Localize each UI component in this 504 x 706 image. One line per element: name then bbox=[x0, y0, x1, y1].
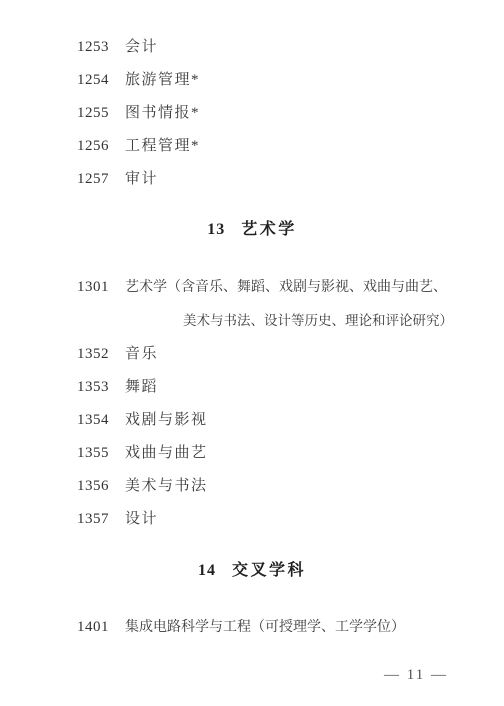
entry-1401: 1401 集成电路科学与工程（可授理学、工学学位） bbox=[0, 611, 504, 644]
discipline-code: 1256 bbox=[77, 130, 125, 163]
table-row: 1357 设计 bbox=[0, 503, 504, 536]
table-row: 1354 戏剧与影视 bbox=[0, 404, 504, 437]
discipline-code: 1257 bbox=[77, 163, 125, 196]
page-number: — 11 — bbox=[384, 667, 448, 684]
discipline-code: 1254 bbox=[77, 64, 125, 97]
section-13-title: 艺术学 bbox=[241, 221, 297, 238]
table-row: 1253 会计 bbox=[0, 31, 504, 64]
document-page: 1253 会计 1254 旅游管理* 1255 图书情报* 1256 工程管理*… bbox=[0, 0, 504, 706]
discipline-code: 1401 bbox=[77, 611, 125, 644]
section-14-heading: 14交叉学科 bbox=[0, 554, 504, 587]
section-14-number: 14 bbox=[198, 562, 216, 579]
discipline-label: 美术与书法 bbox=[125, 470, 208, 503]
table-row-continuation: 美术与书法、设计等历史、理论和评论研究） bbox=[0, 304, 504, 337]
section-13-number: 13 bbox=[207, 221, 225, 238]
discipline-label: 旅游管理* bbox=[125, 64, 200, 97]
discipline-list-135x: 1352 音乐 1353 舞蹈 1354 戏剧与影视 1355 戏曲与曲艺 13… bbox=[0, 338, 504, 536]
discipline-label: 图书情报* bbox=[125, 97, 200, 130]
table-row: 1255 图书情报* bbox=[0, 97, 504, 130]
table-row: 1256 工程管理* bbox=[0, 130, 504, 163]
discipline-code: 1357 bbox=[77, 503, 125, 536]
discipline-code: 1353 bbox=[77, 371, 125, 404]
discipline-label-line2: 美术与书法、设计等历史、理论和评论研究） bbox=[183, 304, 453, 337]
table-row: 1257 审计 bbox=[0, 163, 504, 196]
discipline-label-line1: 艺术学（含音乐、舞蹈、戏剧与影视、戏曲与曲艺、 bbox=[125, 271, 447, 304]
table-row: 1254 旅游管理* bbox=[0, 64, 504, 97]
section-14-title: 交叉学科 bbox=[232, 562, 306, 579]
discipline-code: 1354 bbox=[77, 404, 125, 437]
discipline-code: 1253 bbox=[77, 31, 125, 64]
discipline-label: 音乐 bbox=[125, 338, 158, 371]
discipline-code: 1352 bbox=[77, 338, 125, 371]
table-row: 1356 美术与书法 bbox=[0, 470, 504, 503]
discipline-label: 戏曲与曲艺 bbox=[125, 437, 208, 470]
discipline-label: 设计 bbox=[125, 503, 158, 536]
table-row: 1353 舞蹈 bbox=[0, 371, 504, 404]
table-row: 1352 音乐 bbox=[0, 338, 504, 371]
discipline-code: 1301 bbox=[77, 271, 125, 304]
discipline-label: 审计 bbox=[125, 163, 158, 196]
discipline-label: 戏剧与影视 bbox=[125, 404, 208, 437]
discipline-list-12xx: 1253 会计 1254 旅游管理* 1255 图书情报* 1256 工程管理*… bbox=[0, 31, 504, 196]
discipline-code-empty bbox=[77, 304, 125, 337]
table-row: 1401 集成电路科学与工程（可授理学、工学学位） bbox=[0, 611, 504, 644]
discipline-code: 1255 bbox=[77, 97, 125, 130]
discipline-code: 1355 bbox=[77, 437, 125, 470]
entry-1301: 1301 艺术学（含音乐、舞蹈、戏剧与影视、戏曲与曲艺、 美术与书法、设计等历史… bbox=[0, 271, 504, 337]
discipline-label: 会计 bbox=[125, 31, 158, 64]
discipline-code: 1356 bbox=[77, 470, 125, 503]
table-row: 1355 戏曲与曲艺 bbox=[0, 437, 504, 470]
discipline-label: 舞蹈 bbox=[125, 371, 158, 404]
table-row: 1301 艺术学（含音乐、舞蹈、戏剧与影视、戏曲与曲艺、 bbox=[0, 271, 504, 304]
discipline-label: 集成电路科学与工程（可授理学、工学学位） bbox=[125, 611, 405, 644]
discipline-label: 工程管理* bbox=[125, 130, 200, 163]
section-13-heading: 13艺术学 bbox=[0, 213, 504, 246]
